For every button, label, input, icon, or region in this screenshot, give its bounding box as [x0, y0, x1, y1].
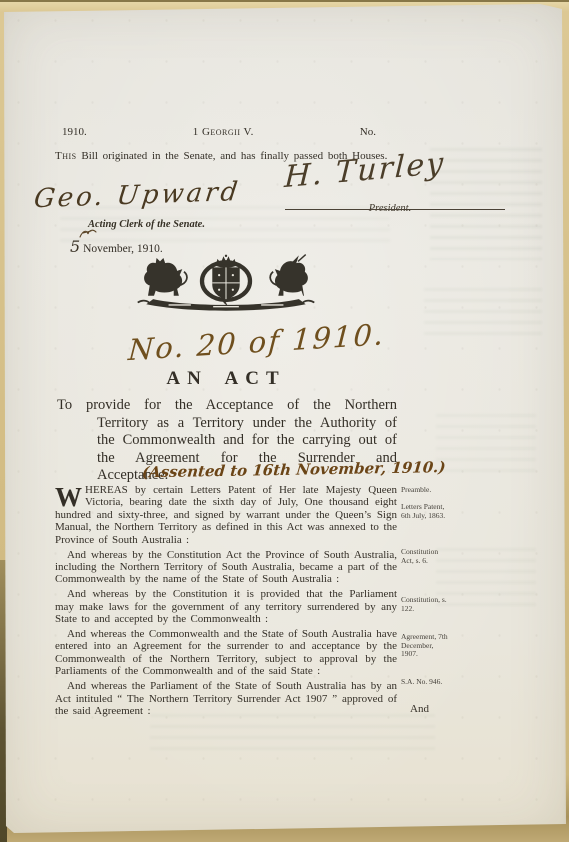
header-regnal: 1 Georgii V. [193, 126, 254, 138]
clerk-title: Acting Clerk of the Senate. [88, 219, 205, 230]
recital-paragraph: And whereas the Commonwealth and the Sta… [55, 628, 397, 678]
origin-lead: This [55, 150, 77, 162]
clerk-signature: Geo. Upward [32, 176, 276, 215]
margin-note-constitution-s122: Constitution, s. 122. [401, 596, 451, 613]
act-number-handwritten: No. 20 of 1910. [127, 319, 359, 367]
header-year: 1910. [62, 126, 87, 138]
catchword: And [410, 703, 429, 715]
show-through [436, 414, 536, 476]
margin-note-agreement: Agreement, 7th December, 1907. [401, 633, 451, 659]
royal-coat-of-arms-icon [136, 253, 316, 311]
recital-paragraph: And whereas by the Constitution Act the … [55, 549, 397, 586]
act-heading: AN ACT [55, 368, 397, 390]
margin-note-sa-act: S.A. No. 946. [401, 678, 451, 687]
margin-note-constitution-act: Constitution Act, s. 6. [401, 548, 451, 565]
act-page: 1910. 1 Georgii V. No. This Bill origina… [0, 0, 569, 842]
preamble-text: HEREAS by certain Letters Patent of Her … [55, 484, 397, 546]
show-through [150, 714, 435, 750]
show-through [436, 548, 536, 606]
preamble-dropcap: W [55, 484, 85, 508]
president-title: President. [330, 203, 450, 214]
page-header: 1910. 1 Georgii V. No. [62, 126, 376, 138]
margin-note-letters-patent: Letters Patent, 6th July, 1863. [401, 503, 451, 520]
act-body: WHEREAS by certain Letters Patent of Her… [55, 484, 397, 717]
president-signature: H. Turley [284, 140, 515, 195]
recital-paragraph: And whereas the Parliament of the State … [55, 680, 397, 717]
preamble-paragraph: WHEREAS by certain Letters Patent of Her… [55, 484, 397, 546]
show-through [424, 288, 542, 336]
margin-note-preamble: Preamble. [401, 486, 451, 495]
handwritten-mark-icon [79, 228, 97, 242]
header-number-label: No. [360, 126, 376, 138]
recital-paragraph: And whereas by the Constitution it is pr… [55, 588, 397, 625]
